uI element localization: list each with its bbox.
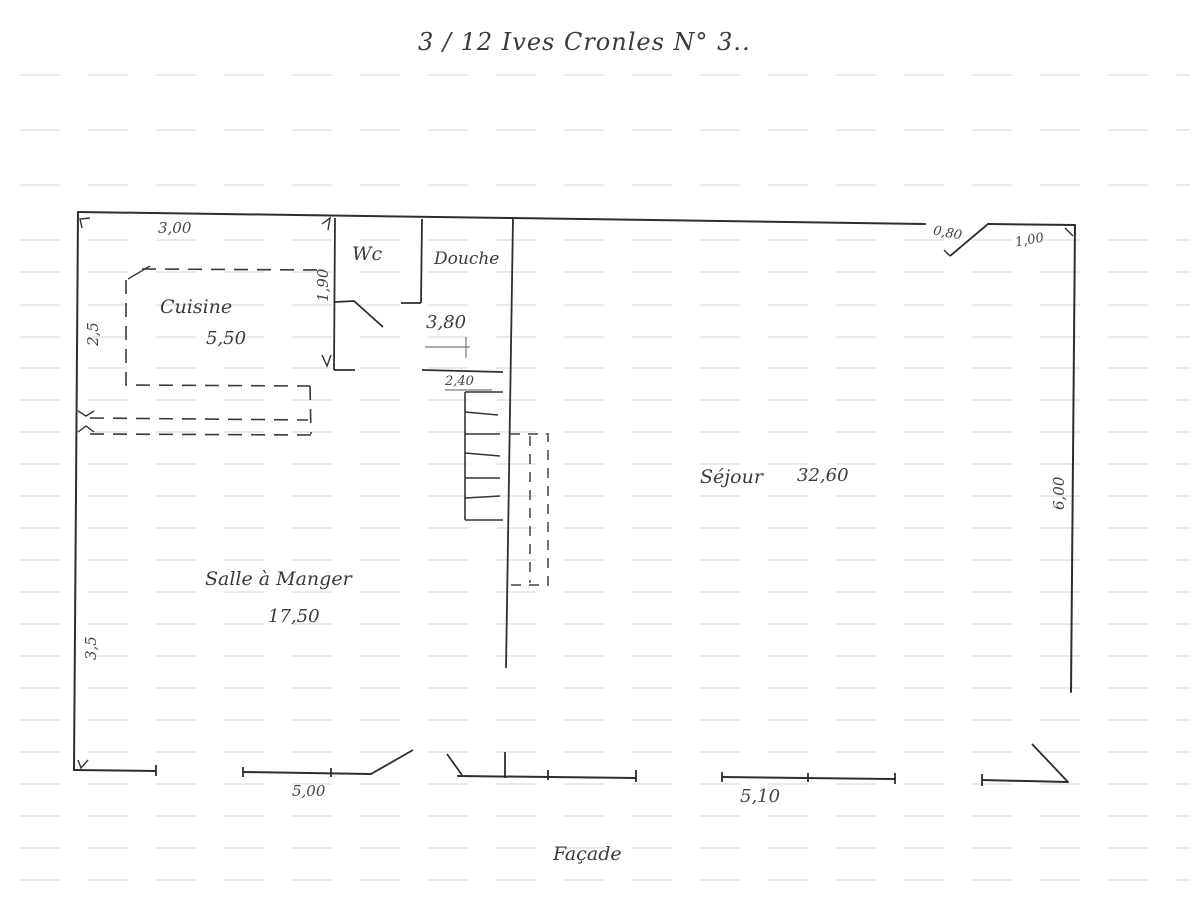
facade-label: Façade [553,845,622,864]
room-label-douche: Douche [434,251,499,268]
interior-walls [334,218,513,668]
dim-wc-depth: 1,90 [316,269,331,302]
dim-dining-depth: 3,5 [84,636,99,660]
dim-kitchen-depth: 2,5 [86,322,101,346]
ruled-lines [20,75,1190,880]
floor-plan-drawing [0,0,1200,900]
dim-kitchen-width: 3,00 [158,221,191,236]
wall-ticks [156,752,982,786]
dim-bottom-right-span: 5,10 [740,788,780,806]
room-area-salle-a-manger: 17,50 [268,608,320,626]
sheet-title: 3 / 12 Ives Cronles N° 3.. [418,30,751,54]
door-swings [335,224,1068,782]
counter-arrow [128,266,150,279]
staircase [465,392,503,520]
room-area-sejour: 32,60 [797,467,849,485]
dim-stair-width: 2,40 [445,375,474,388]
room-area-douche: 3,80 [426,314,466,332]
floor-plan-sheet: 3 / 12 Ives Cronles N° 3.. Cuisine 5,50 … [0,0,1200,900]
room-label-wc: Wc [352,245,382,264]
kitchen-counter [90,269,320,435]
room-label-sejour: Séjour [700,468,763,487]
stair-landing-dashed [510,434,548,585]
room-label-cuisine: Cuisine [160,298,232,317]
room-area-cuisine: 5,50 [206,330,246,348]
dim-sejour-depth: 6,00 [1052,477,1067,510]
room-label-salle-a-manger: Salle à Manger [205,570,352,589]
dim-bottom-left-span: 5,00 [292,784,325,799]
